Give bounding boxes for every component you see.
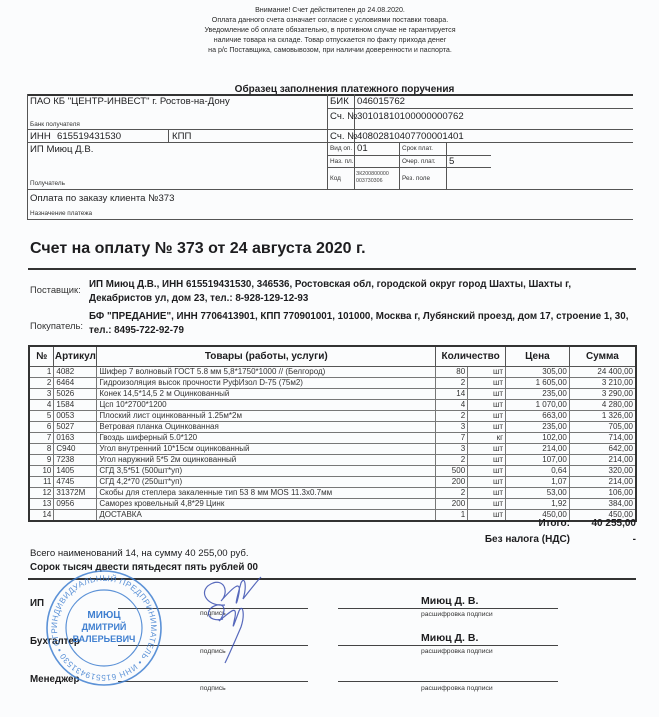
ocher-value: 5 (449, 156, 454, 167)
buyer-label: Покупатель: (30, 320, 83, 331)
row-quantity: 3 (436, 443, 468, 454)
row-price: 1,92 (506, 498, 570, 509)
row-price: 53,00 (506, 487, 570, 498)
row-sum: 3 210,00 (569, 377, 636, 388)
summary-count: Всего наименований 14, на сумму 40 255,0… (30, 548, 249, 559)
table-row: 41584Цсп 10*2700*12004шт1 070,004 280,00 (29, 399, 636, 410)
row-article: 31372M (54, 487, 97, 498)
decode-name: Миюц Д. В. (421, 595, 478, 607)
row-unit: шт (468, 454, 506, 465)
row-number: 12 (29, 487, 54, 498)
col-price-header: Цена (506, 346, 570, 366)
notice-line: наличие товара на складе. Товар отпускае… (80, 35, 580, 45)
row-quantity: 200 (436, 476, 468, 487)
row-number: 4 (29, 399, 54, 410)
row-quantity: 2 (436, 454, 468, 465)
sign-caption: подпись (200, 685, 226, 692)
buyer-details: БФ "ПРЕДАНИЕ", ИНН 7706413901, КПП 77090… (89, 310, 634, 338)
row-quantity: 14 (436, 388, 468, 399)
col-num-header: № (29, 346, 54, 366)
row-goods-name: Саморез кровельный 4,8*29 Цинк (97, 498, 436, 509)
decode-name: Миюц Д. В. (421, 632, 478, 644)
role-ip: ИП (30, 598, 44, 609)
row-sum: 24 400,00 (569, 366, 636, 377)
vid-op-value: 01 (357, 143, 368, 154)
row-number: 5 (29, 410, 54, 421)
supplier-label: Поставщик: (30, 284, 81, 295)
row-goods-name: Ветровая планка Оцинкованная (97, 421, 436, 432)
row-goods-name: Плоский лист оцинкованный 1.25м*2м (97, 410, 436, 421)
row-number: 10 (29, 465, 54, 476)
row-number: 1 (29, 366, 54, 377)
row-quantity: 2 (436, 487, 468, 498)
row-unit: шт (468, 410, 506, 421)
row-article: 4745 (54, 476, 97, 487)
title-divider (28, 268, 636, 270)
bank-name: ПАО КБ "ЦЕНТР-ИНВЕСТ" г. Ростов-на-Дону (30, 96, 230, 107)
row-number: 9 (29, 454, 54, 465)
row-sum: 4 280,00 (569, 399, 636, 410)
row-article (54, 509, 97, 521)
row-article: 0053 (54, 410, 97, 421)
row-sum: 1 326,00 (569, 410, 636, 421)
row-quantity: 4 (436, 399, 468, 410)
row-sum: 384,00 (569, 498, 636, 509)
row-sum: 106,00 (569, 487, 636, 498)
row-unit: шт (468, 487, 506, 498)
naz-pl-label: Наз. пл. (330, 158, 354, 165)
row-unit: шт (468, 399, 506, 410)
corr-account-value: 30101810100000000762 (357, 111, 464, 122)
inn-label: ИНН (30, 131, 51, 142)
decode-line (338, 645, 558, 646)
decode-line (338, 681, 558, 682)
row-goods-name: СГД 3,5*51 (500шт*уп) (97, 465, 436, 476)
kod-label: Код (330, 175, 341, 182)
row-article: 1584 (54, 399, 97, 410)
stamp-patronymic: ВАЛЕРЬЕВИЧ (73, 634, 136, 644)
table-row: 50053Плоский лист оцинкованный 1.25м*2м2… (29, 410, 636, 421)
table-row: 70163Гвоздь шиферный 5.0*1207кг102,00714… (29, 432, 636, 443)
row-sum: 705,00 (569, 421, 636, 432)
row-goods-name: Гидроизоляция высок прочности РуфИзол D-… (97, 377, 436, 388)
row-price: 102,00 (506, 432, 570, 443)
table-row: 35026Конек 14,5*14,5 2 м Оцинкованный14ш… (29, 388, 636, 399)
row-quantity: 500 (436, 465, 468, 476)
row-sum: 214,00 (569, 476, 636, 487)
row-unit: шт (468, 443, 506, 454)
table-row: 26464Гидроизоляция высок прочности РуфИз… (29, 377, 636, 388)
row-number: 7 (29, 432, 54, 443)
row-quantity: 2 (436, 377, 468, 388)
row-number: 2 (29, 377, 54, 388)
row-sum: 3 290,00 (569, 388, 636, 399)
corr-account-label: Сч. № (330, 111, 357, 122)
handwritten-signature (195, 575, 265, 665)
payment-purpose-label: Назначение платежа (30, 210, 92, 217)
col-qty-header: Количество (436, 346, 506, 366)
decode-caption: расшифровка подписи (421, 611, 493, 618)
col-article-header: Артикул (54, 346, 97, 366)
table-row: 101405СГД 3,5*51 (500шт*уп)500шт0,64320,… (29, 465, 636, 476)
row-article: 6464 (54, 377, 97, 388)
row-price: 235,00 (506, 421, 570, 432)
row-unit: шт (468, 498, 506, 509)
row-unit: шт (468, 366, 506, 377)
row-article: 1405 (54, 465, 97, 476)
row-quantity: 200 (436, 498, 468, 509)
row-goods-name: ДОСТАВКА (97, 509, 436, 521)
payment-form: ПАО КБ "ЦЕНТР-ИНВЕСТ" г. Ростов-на-Дону … (27, 94, 633, 220)
row-unit: шт (468, 377, 506, 388)
row-article: 5026 (54, 388, 97, 399)
row-price: 235,00 (506, 388, 570, 399)
rez-label: Рез. поле (402, 175, 430, 182)
srok-label: Срок плат. (402, 145, 433, 152)
account-label: Сч. № (330, 131, 357, 142)
decode-line (338, 608, 558, 609)
row-number: 11 (29, 476, 54, 487)
row-price: 1 070,00 (506, 399, 570, 410)
payment-purpose: Оплата по заказу клиента №373 (30, 193, 174, 204)
row-goods-name: Скобы для степлера закаленные тип 53 8 м… (97, 487, 436, 498)
decode-caption: расшифровка подписи (421, 685, 493, 692)
row-article: C940 (54, 443, 97, 454)
bik-label: БИК (330, 96, 349, 107)
invoice-title: Счет на оплату № 373 от 24 августа 2020 … (30, 240, 366, 258)
notice-line: Уведомление об оплате обязательно, в про… (80, 25, 580, 35)
row-unit: шт (468, 465, 506, 476)
bank-label: Банк получателя (30, 121, 80, 128)
row-goods-name: Конек 14,5*14,5 2 м Оцинкованный (97, 388, 436, 399)
table-row: 14082Шифер 7 волновый ГОСТ 5.8 мм 5,8*17… (29, 366, 636, 377)
total-label: Итого: (470, 518, 570, 529)
table-row: 130956Саморез кровельный 4,8*29 Цинк200ш… (29, 498, 636, 509)
row-quantity: 1 (436, 509, 468, 521)
table-header-row: № Артикул Товары (работы, услуги) Количе… (29, 346, 636, 366)
row-quantity: 80 (436, 366, 468, 377)
row-price: 1,07 (506, 476, 570, 487)
row-price: 214,00 (506, 443, 570, 454)
notice-line: Внимание! Счет действителен до 24.08.202… (80, 5, 580, 15)
row-goods-name: Угол наружний 5*5 2м оцинкованный (97, 454, 436, 465)
vat-label: Без налога (НДС) (420, 534, 570, 545)
row-price: 663,00 (506, 410, 570, 421)
row-price: 0,64 (506, 465, 570, 476)
row-goods-name: Цсп 10*2700*1200 (97, 399, 436, 410)
inn-value: 615519431530 (57, 131, 121, 142)
kpp-label: КПП (172, 131, 191, 142)
row-quantity: 3 (436, 421, 468, 432)
total-value: 40 255,00 (570, 518, 636, 529)
validity-notice: Внимание! Счет действителен до 24.08.202… (80, 5, 580, 55)
table-row: 1231372MСкобы для степлера закаленные ти… (29, 487, 636, 498)
row-sum: 714,00 (569, 432, 636, 443)
row-unit: шт (468, 388, 506, 399)
row-goods-name: Гвоздь шиферный 5.0*120 (97, 432, 436, 443)
row-number: 13 (29, 498, 54, 509)
row-number: 6 (29, 421, 54, 432)
row-quantity: 2 (436, 410, 468, 421)
row-article: 0163 (54, 432, 97, 443)
row-number: 14 (29, 509, 54, 521)
bik-value: 046015762 (357, 96, 405, 107)
account-value: 40802810407700001401 (357, 131, 464, 142)
row-number: 8 (29, 443, 54, 454)
row-sum: 320,00 (569, 465, 636, 476)
table-row: 97238Угол наружний 5*5 2м оцинкованный2ш… (29, 454, 636, 465)
row-unit: шт (468, 476, 506, 487)
company-stamp: ИНДИВИДУАЛЬНЫЙ ПРЕДПРИНИМАТЕЛЬ • ИНН 615… (44, 568, 164, 688)
recipient-name: ИП Миюц Д.В. (30, 144, 93, 155)
ocher-label: Очер. плат. (402, 158, 436, 165)
recipient-label: Получатель (30, 180, 65, 187)
vid-op-label: Вид оп. (330, 145, 352, 152)
stamp-surname: МИЮЦ (87, 610, 121, 621)
row-article: 5027 (54, 421, 97, 432)
supplier-details: ИП Миюц Д.В., ИНН 615519431530, 346536, … (89, 278, 634, 306)
decode-caption: расшифровка подписи (421, 648, 493, 655)
items-table: № Артикул Товары (работы, услуги) Количе… (28, 345, 637, 522)
row-price: 107,00 (506, 454, 570, 465)
vat-value: - (570, 534, 636, 545)
row-unit: шт (468, 421, 506, 432)
row-unit: кг (468, 432, 506, 443)
table-row: 8C940Угол внутренний 10*15см оцинкованны… (29, 443, 636, 454)
row-quantity: 7 (436, 432, 468, 443)
row-goods-name: Шифер 7 волновый ГОСТ 5.8 мм 5,8*1750*10… (97, 366, 436, 377)
row-article: 7238 (54, 454, 97, 465)
row-goods-name: Угол внутренний 10*15см оцинкованный (97, 443, 436, 454)
row-sum: 214,00 (569, 454, 636, 465)
row-goods-name: СГД 4,2*70 (250шт*уп) (97, 476, 436, 487)
row-number: 3 (29, 388, 54, 399)
table-row: 65027Ветровая планка Оцинкованная3шт235,… (29, 421, 636, 432)
notice-line: на р/с Поставщика, самовывозом, при нали… (80, 45, 580, 55)
kod-value: ЗК200800000 003730306 (356, 171, 389, 185)
stamp-firstname: ДМИТРИЙ (82, 621, 127, 632)
row-price: 305,00 (506, 366, 570, 377)
col-sum-header: Сумма (569, 346, 636, 366)
col-goods-header: Товары (работы, услуги) (97, 346, 436, 366)
row-article: 4082 (54, 366, 97, 377)
row-article: 0956 (54, 498, 97, 509)
table-row: 114745СГД 4,2*70 (250шт*уп)200шт1,07214,… (29, 476, 636, 487)
row-price: 1 605,00 (506, 377, 570, 388)
row-sum: 642,00 (569, 443, 636, 454)
notice-line: Оплата данного счета означает согласие с… (80, 15, 580, 25)
